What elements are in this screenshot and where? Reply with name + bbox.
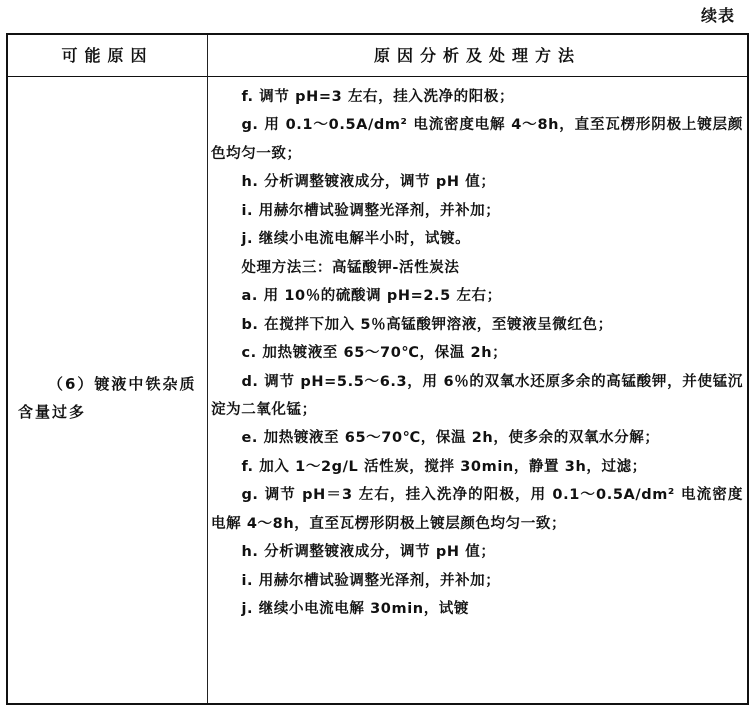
method-line: h. 分析调整镀液成分，调节 pH 值；	[211, 538, 743, 566]
method-line: h. 分析调整镀液成分，调节 pH 值；	[211, 168, 743, 196]
table-caption-continued: 续表	[701, 3, 735, 26]
method-line: j. 继续小电流电解 30min，试镀	[211, 595, 743, 623]
cause-text: （6）镀液中铁杂质含量过多	[18, 370, 200, 426]
method-line: e. 加热镀液至 65～70℃，保温 2h，使多余的双氧水分解；	[211, 424, 743, 452]
method-cell: f. 调节 pH=3 左右，挂入洗净的阳极； g. 用 0.1～0.5A/dm²…	[211, 78, 743, 624]
method-line: g. 用 0.1～0.5A/dm² 电流密度电解 4～8h，直至瓦楞形阴极上镀层…	[211, 111, 743, 168]
method-line: c. 加热镀液至 65～70℃，保温 2h；	[211, 339, 743, 367]
column-divider	[207, 35, 208, 703]
method-line: i. 用赫尔槽试验调整光泽剂，并补加；	[211, 567, 743, 595]
method-three-heading: 处理方法三：高锰酸钾-活性炭法	[211, 254, 743, 282]
header-possible-cause: 可能原因	[8, 35, 207, 76]
header-analysis-and-method: 原因分析及处理方法	[208, 35, 747, 76]
method-line: f. 调节 pH=3 左右，挂入洗净的阳极；	[211, 83, 743, 111]
method-line: f. 加入 1～2g/L 活性炭，搅拌 30min，静置 3h，过滤；	[211, 453, 743, 481]
method-line: g. 调节 pH＝3 左右，挂入洗净的阳极，用 0.1～0.5A/dm² 电流密…	[211, 481, 743, 538]
cause-cell: （6）镀液中铁杂质含量过多	[8, 78, 207, 703]
table-header-row: 可能原因 原因分析及处理方法	[8, 35, 747, 77]
method-line: a. 用 10％的硫酸调 pH=2.5 左右；	[211, 282, 743, 310]
method-line: d. 调节 pH=5.5～6.3，用 6％的双氧水还原多余的高锰酸钾，并使锰沉淀…	[211, 368, 743, 425]
method-line: b. 在搅拌下加入 5％高锰酸钾溶液，至镀液呈微红色；	[211, 311, 743, 339]
method-line: i. 用赫尔槽试验调整光泽剂，并补加；	[211, 197, 743, 225]
method-line: j. 继续小电流电解半小时，试镀。	[211, 225, 743, 253]
troubleshooting-table: 可能原因 原因分析及处理方法 （6）镀液中铁杂质含量过多 f. 调节 pH=3 …	[6, 33, 749, 705]
